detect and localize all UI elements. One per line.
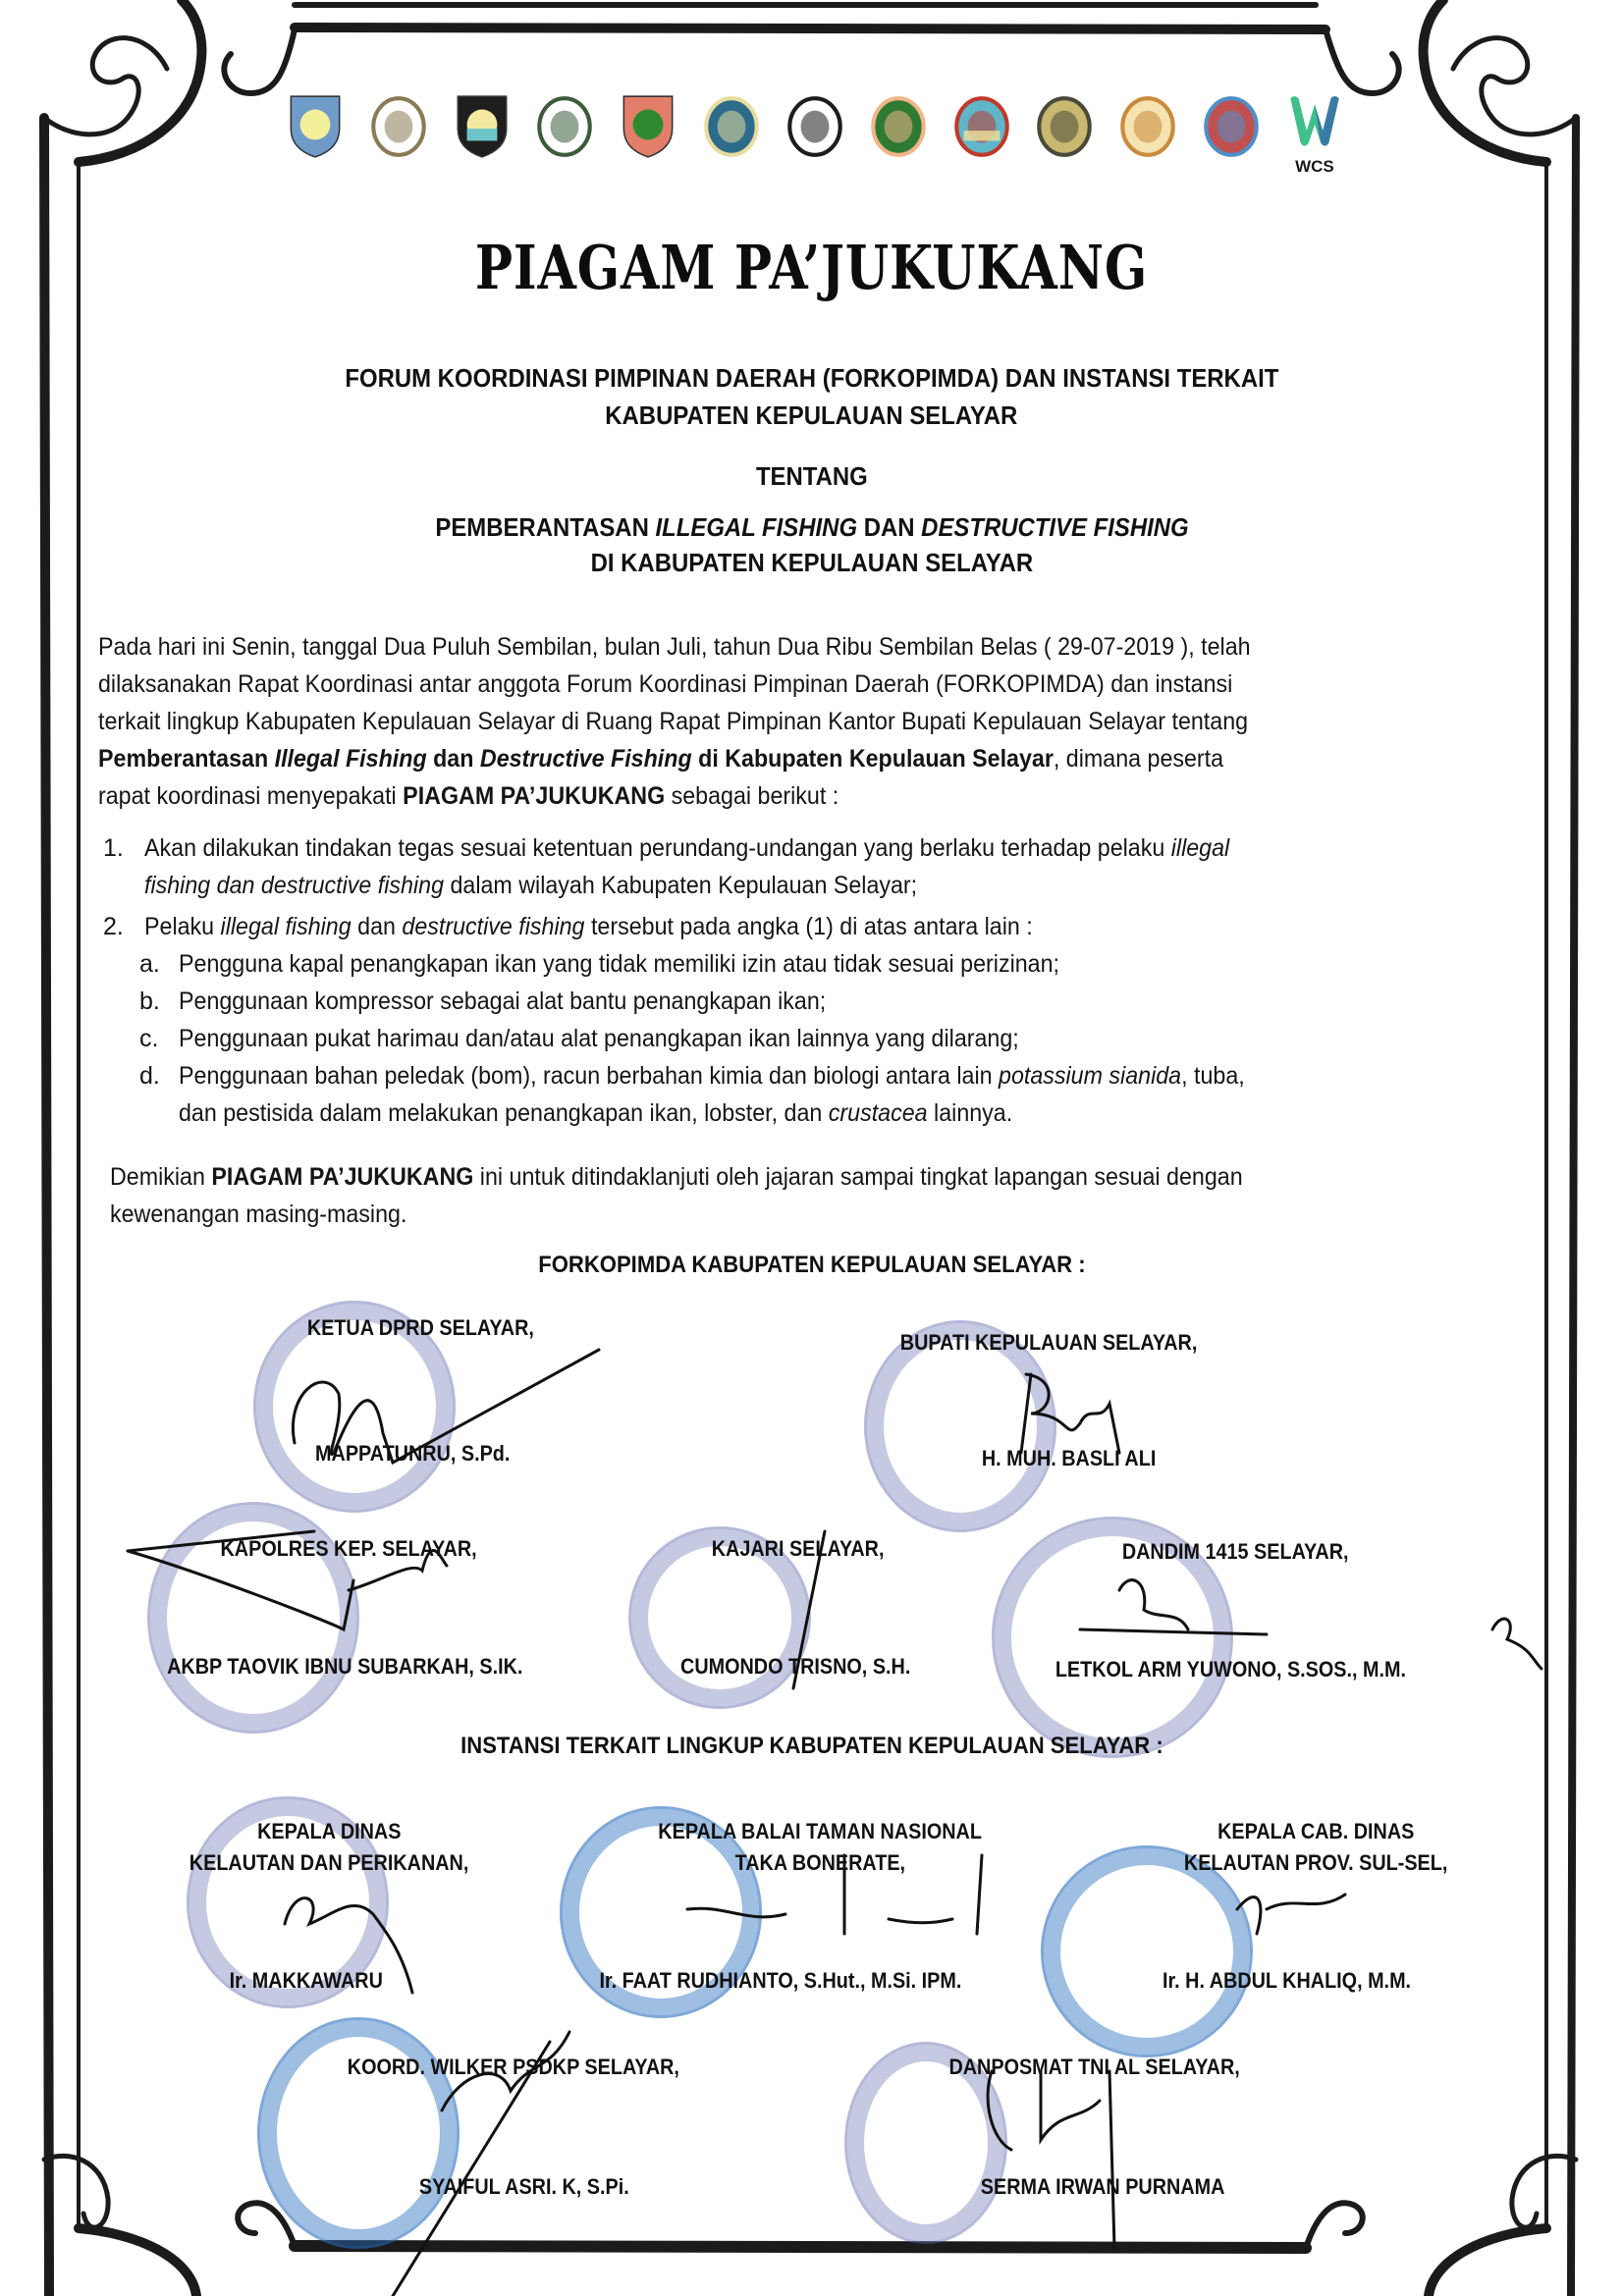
psdkp-logo <box>784 90 845 161</box>
name-text: CUMONDO TRISNO, S.H. <box>680 1654 910 1680</box>
bold-text: dan <box>427 745 480 773</box>
plain-text: Akan dilakukan tindakan tegas sesuai ket… <box>144 834 1171 862</box>
header-line-1: FORUM KOORDINASI PIMPINAN DAERAH (FORKOP… <box>345 363 1278 394</box>
instansi-heading-text: INSTANSI TERKAIT LINGKUP KABUPATEN KEPUL… <box>460 1733 1163 1760</box>
intro-line: dilaksanakan Rapat Koordinasi antar angg… <box>98 666 1432 703</box>
name-text: SERMA IRWAN PURNAMA <box>981 2174 1225 2200</box>
sub-item-text: Penggunaan pukat harimau dan/atau alat p… <box>179 1020 1019 1057</box>
cabang-dinas-stamp <box>1041 1845 1253 2057</box>
signatory-psdkp-name: SYAIFUL ASRI. K, S.Pi. <box>407 2174 682 2200</box>
bakamla-logo <box>1117 90 1178 161</box>
forkopimda-heading-text: FORKOPIMDA KABUPATEN KEPULAUAN SELAYAR : <box>538 1252 1085 1279</box>
signatory-dkp-position: KEPALA DINAS KELAUTAN DAN PERIKANAN, <box>137 1819 520 1876</box>
header-kabupaten: KABUPATEN KEPULAUAN SELAYAR <box>0 400 1623 431</box>
plain-text: Demikian <box>110 1163 211 1191</box>
signatory-posmat-position: DANPOSMAT TNI AL SELAYAR, <box>933 2055 1306 2080</box>
signatory-taman-nasional-position: KEPALA BALAI TAMAN NASIONAL TAKA BONERAT… <box>599 1819 1041 1876</box>
plain-text: Pelaku <box>144 913 221 940</box>
signatory-dkp-name: Ir. MAKKAWARU <box>221 1968 476 1994</box>
plain-text: , tuba, <box>1181 1062 1245 1090</box>
signature-cabang-dinas <box>1237 1895 1345 1934</box>
signatory-taman-nasional-name: Ir. FAAT RUDHIANTO, S.Hut., M.Si. IPM. <box>579 1968 1051 1994</box>
sub-item-a: a. Pengguna kapal penangkapan ikan yang … <box>139 945 1534 985</box>
wcs-label: WCS <box>1284 157 1345 177</box>
polres-logo <box>452 90 513 161</box>
instansi-heading: INSTANSI TERKAIT LINGKUP KABUPATEN KEPUL… <box>0 1733 1623 1760</box>
hasanuddin-kodim-logo <box>618 90 678 161</box>
subject-italic: DESTRUCTIVE FISHING <box>921 512 1188 542</box>
kejaksaan-logo <box>534 90 595 161</box>
plain-text: dan <box>352 913 403 940</box>
signatory-ketua-dprd-name: MAPPATUNRU, S.Pd. <box>304 1441 619 1467</box>
name-text: Ir. MAKKAWARU <box>230 1968 383 1994</box>
position-text: KETUA DPRD SELAYAR, <box>307 1315 534 1341</box>
plain-text: tersebut pada angka (1) di atas antara l… <box>584 913 1032 940</box>
kabupaten-selayar-logo <box>285 90 346 161</box>
intro-line: Pemberantasan Illegal Fishing dan Destru… <box>98 740 1432 777</box>
sub-item-letter: c. <box>139 1020 158 1057</box>
position-text: KEPALA BALAI TAMAN NASIONAL <box>658 1819 982 1844</box>
italic-text: potassium sianida <box>999 1062 1181 1090</box>
item-number: 2. <box>103 908 124 945</box>
italic-text: crustacea <box>829 1099 928 1127</box>
sub-item-text: Penggunaan kompressor sebagai alat bantu… <box>179 983 826 1020</box>
italic-text: fishing dan destructive fishing <box>144 872 444 899</box>
signatory-cabang-dinas-name: Ir. H. ABDUL KHALIQ, M.M. <box>1149 1968 1502 1994</box>
plain-text: rapat koordinasi menyepakati <box>98 782 403 810</box>
dprd-logo <box>368 90 429 161</box>
name-text: SYAIFUL ASRI. K, S.Pi. <box>419 2174 629 2200</box>
header-tentang: TENTANG <box>0 461 1623 492</box>
sub-item-letter: a. <box>139 945 160 983</box>
kehutanan-logo <box>868 90 929 161</box>
signatory-dandim-name: LETKOL ARM YUWONO, S.SOS., M.M. <box>1036 1657 1488 1682</box>
signatory-posmat-name: SERMA IRWAN PURNAMA <box>967 2174 1301 2200</box>
subject-italic: ILLEGAL FISHING <box>655 512 857 542</box>
name-text: AKBP TAOVIK IBNU SUBARKAH, S.IK. <box>167 1654 522 1680</box>
wcs-logo: WCS <box>1284 90 1345 161</box>
plain-text: sebagai berikut : <box>665 782 839 810</box>
plain-text: dan pestisida dalam melakukan penangkapa… <box>179 1099 829 1127</box>
plain-text: dalam wilayah Kabupaten Kepulauan Selaya… <box>444 872 917 899</box>
position-text: KOORD. WILKER PSDKP SELAYAR, <box>348 2055 679 2080</box>
plain-text: Penggunaan bahan peledak (bom), racun be… <box>179 1062 999 1090</box>
psdkp-stamp <box>257 2017 460 2249</box>
plain-text: lainnya. <box>928 1099 1013 1127</box>
plain-text: ini untuk ditindaklanjuti oleh jajaran s… <box>473 1163 1242 1191</box>
signatory-dandim-position: DANDIM 1415 SELAYAR, <box>1109 1539 1443 1565</box>
subject-line-2: DI KABUPATEN KEPULAUAN SELAYAR <box>0 548 1623 578</box>
forkopimda-heading: FORKOPIMDA KABUPATEN KEPULAUAN SELAYAR : <box>0 1252 1623 1279</box>
header-line-2: KABUPATEN KEPULAUAN SELAYAR <box>606 400 1018 431</box>
signatory-kapolres-name: AKBP TAOVIK IBNU SUBARKAH, S.IK. <box>147 1654 560 1680</box>
name-text: MAPPATUNRU, S.Pd. <box>315 1441 510 1467</box>
provinsi-dkp-logo <box>1201 90 1262 161</box>
bold-italic-text: Destructive Fishing <box>480 745 692 773</box>
signatory-kajari-name: CUMONDO TRISNO, S.H. <box>668 1654 982 1680</box>
position-text: KEPALA CAB. DINAS <box>1217 1819 1414 1844</box>
italic-text: illegal fishing <box>221 913 352 940</box>
subject-text: DAN <box>857 512 921 542</box>
item-line: fishing dan destructive fishing dalam wi… <box>144 867 917 904</box>
document-title: PIAGAM PA’JUKUKANG <box>146 232 1477 303</box>
tni-al-logo <box>1034 90 1095 161</box>
intro-line: rapat koordinasi menyepakati PIAGAM PA’J… <box>98 777 1432 815</box>
sub-item-letter: b. <box>139 983 160 1020</box>
intro-line: Pada hari ini Senin, tanggal Dua Puluh S… <box>98 628 1432 666</box>
position-text: KAPOLRES KEP. SELAYAR, <box>221 1536 477 1562</box>
position-text: TAKA BONERATE, <box>734 1850 904 1876</box>
bold-text: PIAGAM PA’JUKUKANG <box>403 782 665 810</box>
italic-text: destructive fishing <box>402 913 584 940</box>
item-line: Akan dilakukan tindakan tegas sesuai ket… <box>144 829 1229 867</box>
signatory-kapolres-position: KAPOLRES KEP. SELAYAR, <box>206 1536 540 1562</box>
sub-item-c: c. Penggunaan pukat harimau dan/atau ala… <box>139 1020 1534 1059</box>
item-line: Pelaku illegal fishing dan destructive f… <box>144 908 1033 945</box>
closing-line: Demikian PIAGAM PA’JUKUKANG ini untuk di… <box>110 1158 1443 1196</box>
italic-text: illegal <box>1171 834 1229 862</box>
position-text: DANDIM 1415 SELAYAR, <box>1122 1539 1349 1565</box>
signatory-psdkp-position: KOORD. WILKER PSDKP SELAYAR, <box>329 2055 741 2080</box>
tentang-label: TENTANG <box>756 461 868 492</box>
header-forum: FORUM KOORDINASI PIMPINAN DAERAH (FORKOP… <box>0 363 1623 394</box>
list-item-2: 2. Pelaku illegal fishing dan destructiv… <box>103 908 1537 947</box>
name-text: H. MUH. BASLI ALI <box>982 1446 1156 1471</box>
bold-italic-text: Illegal Fishing <box>275 745 427 773</box>
position-text: KELAUTAN DAN PERIKANAN, <box>189 1850 469 1876</box>
taman-nasional-taka-bonerate-logo <box>951 90 1012 161</box>
item-number: 1. <box>103 829 124 867</box>
signatory-bupati-position: BUPATI KEPULAUAN SELAYAR, <box>884 1330 1296 1356</box>
signatory-cabang-dinas-position: KEPALA CAB. DINAS KELAUTAN PROV. SUL-SEL… <box>1139 1819 1492 1876</box>
signatory-kajari-position: KAJARI SELAYAR, <box>702 1536 957 1562</box>
position-text: BUPATI KEPULAUAN SELAYAR, <box>900 1330 1198 1356</box>
signatory-bupati-name: H. MUH. BASLI ALI <box>972 1446 1286 1471</box>
sub-item-line: Penggunaan bahan peledak (bom), racun be… <box>179 1057 1245 1095</box>
subject-line-2-text: DI KABUPATEN KEPULAUAN SELAYAR <box>590 548 1033 578</box>
position-text: KELAUTAN PROV. SUL-SEL, <box>1184 1850 1447 1876</box>
subject-line-1: PEMBERANTASAN ILLEGAL FISHING DAN DESTRU… <box>0 512 1623 543</box>
sub-item-text: Pengguna kapal penangkapan ikan yang tid… <box>179 945 1059 983</box>
position-text: KAJARI SELAYAR, <box>712 1536 885 1562</box>
list-item-1: 1. Akan dilakukan tindakan tegas sesuai … <box>103 829 1537 908</box>
position-text: DANPOSMAT TNI AL SELAYAR, <box>948 2055 1239 2080</box>
name-text: LETKOL ARM YUWONO, S.SOS., M.M. <box>1055 1657 1406 1682</box>
sub-item-letter: d. <box>139 1057 160 1095</box>
signatory-ketua-dprd-position: KETUA DPRD SELAYAR, <box>295 1315 619 1341</box>
subject-text: PEMBERANTASAN <box>435 512 655 542</box>
signature-posmat <box>988 2071 1114 2248</box>
signature-dandim-paraf <box>1492 1619 1542 1669</box>
bold-text: PIAGAM PA’JUKUKANG <box>211 1163 473 1191</box>
bold-text: Pemberantasan <box>98 745 275 773</box>
sub-item-d: d. Penggunaan bahan peledak (bom), racun… <box>139 1057 1534 1136</box>
dinas-kelautan-logo <box>701 90 762 161</box>
sub-item-b: b. Penggunaan kompressor sebagai alat ba… <box>139 983 1534 1022</box>
intro-line: terkait lingkup Kabupaten Kepulauan Sela… <box>98 703 1432 740</box>
sub-item-line: dan pestisida dalam melakukan penangkapa… <box>179 1095 1012 1132</box>
institution-logos-row: WCS <box>285 83 1345 167</box>
position-text: KEPALA DINAS <box>257 1819 401 1844</box>
plain-text: , dimana peserta <box>1054 745 1223 773</box>
bold-text: di Kabupaten Kepulauan Selayar <box>692 745 1054 773</box>
closing-paragraph: Demikian PIAGAM PA’JUKUKANG ini untuk di… <box>110 1158 1543 1233</box>
closing-line: kewenangan masing-masing. <box>110 1196 1443 1233</box>
name-text: Ir. H. ABDUL KHALIQ, M.M. <box>1163 1968 1411 1994</box>
intro-paragraph: Pada hari ini Senin, tanggal Dua Puluh S… <box>98 628 1532 815</box>
name-text: Ir. FAAT RUDHIANTO, S.Hut., M.Si. IPM. <box>599 1968 961 1994</box>
